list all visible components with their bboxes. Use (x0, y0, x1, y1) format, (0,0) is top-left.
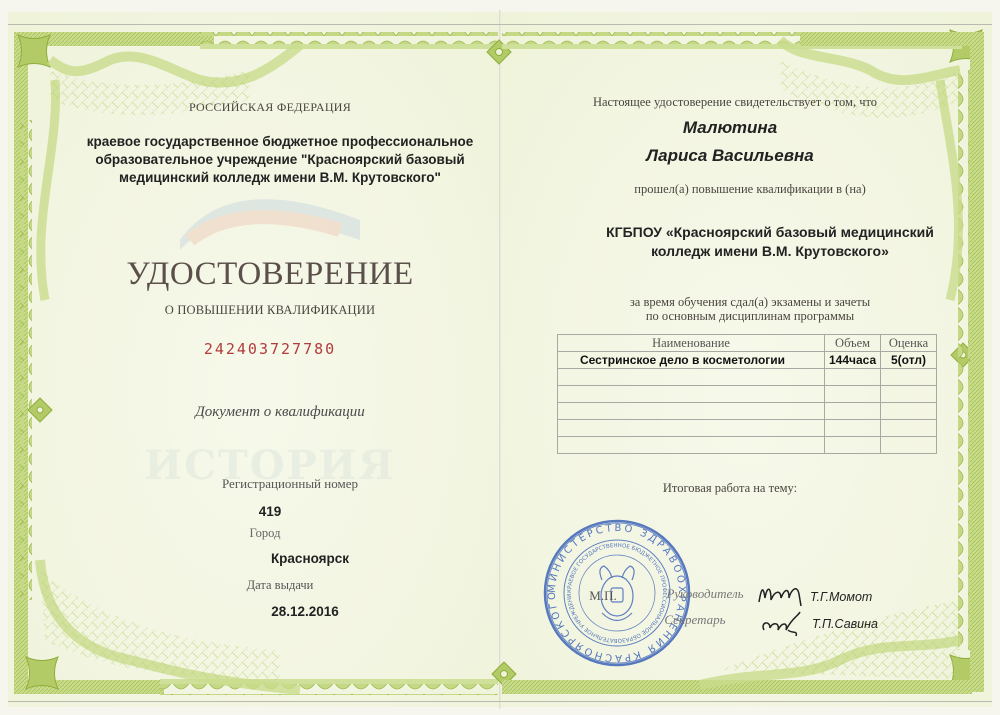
table-row (558, 386, 937, 403)
document-subtitle: О ПОВЫШЕНИИ КВАЛИФИКАЦИИ (120, 303, 420, 318)
passed-training-text: прошел(а) повышение квалификации в (на) (590, 182, 910, 197)
spine-fold (499, 10, 501, 709)
head-signature (755, 580, 805, 608)
table-row: Сестринское дело в косметологии144часа5(… (558, 352, 937, 369)
bottom-hairline (8, 701, 992, 702)
issue-date: 28.12.2016 (230, 604, 380, 619)
exams-text-line-1: за время обучения сдал(а) экзамены и зач… (580, 295, 920, 310)
final-work-label: Итоговая работа на тему: (600, 481, 860, 496)
cell-volume (825, 420, 881, 437)
table-row (558, 369, 937, 386)
grades-table: Наименование Объем Оценка Сестринское де… (557, 334, 937, 454)
table-header-row: Наименование Объем Оценка (558, 335, 937, 352)
document-title: УДОСТОВЕРЕНИЕ (100, 256, 440, 293)
cell-discipline: Сестринское дело в косметологии (558, 352, 825, 369)
left-page (8, 12, 500, 707)
city-value: Красноярск (240, 551, 380, 566)
seal-placement-label: М.П. (583, 588, 623, 604)
cell-discipline (558, 386, 825, 403)
organization-name: краевое государственное бюджетное профес… (80, 133, 480, 187)
top-hairline (8, 24, 992, 25)
cell-volume (825, 369, 881, 386)
column-header-name: Наименование (558, 335, 825, 352)
secretary-signature (758, 608, 808, 638)
country-label: РОССИЙСКАЯ ФЕДЕРАЦИЯ (170, 100, 370, 115)
secretary-name: Т.П.Савина (812, 617, 902, 631)
flag-watermark (170, 180, 370, 250)
column-header-volume: Объем (825, 335, 881, 352)
registration-number: 419 (240, 504, 300, 519)
cell-grade (881, 403, 937, 420)
cell-discipline (558, 369, 825, 386)
serial-number: 242403727780 (170, 340, 370, 358)
exams-text-line-2: по основным дисциплинам программы (580, 309, 920, 324)
document-type: Документ о квалификации (150, 404, 410, 421)
city-label: Город (240, 526, 290, 541)
cell-discipline (558, 420, 825, 437)
certificate-intro: Настоящее удостоверение свидетельствует … (570, 95, 900, 110)
secretary-label: Секретарь (650, 612, 740, 628)
cell-grade (881, 386, 937, 403)
cell-grade (881, 420, 937, 437)
cell-grade (881, 437, 937, 454)
column-header-grade: Оценка (881, 335, 937, 352)
cell-discipline (558, 403, 825, 420)
table-row (558, 437, 937, 454)
cell-volume (825, 403, 881, 420)
cell-volume: 144часа (825, 352, 881, 369)
table-row (558, 403, 937, 420)
holder-given-names: Лариса Васильевна (600, 146, 860, 166)
cell-volume (825, 386, 881, 403)
registration-number-label: Регистрационный номер (170, 476, 410, 492)
head-name: Т.Г.Момот (810, 590, 900, 604)
holder-surname: Малютина (600, 118, 860, 138)
institution-name: КГБПОУ «Красноярский базовый медицинский… (590, 223, 950, 261)
cell-discipline (558, 437, 825, 454)
table-row (558, 420, 937, 437)
head-label: Руководитель (655, 586, 755, 602)
issue-date-label: Дата выдачи (220, 578, 340, 593)
cell-grade (881, 369, 937, 386)
cell-grade: 5(отл) (881, 352, 937, 369)
cell-volume (825, 437, 881, 454)
